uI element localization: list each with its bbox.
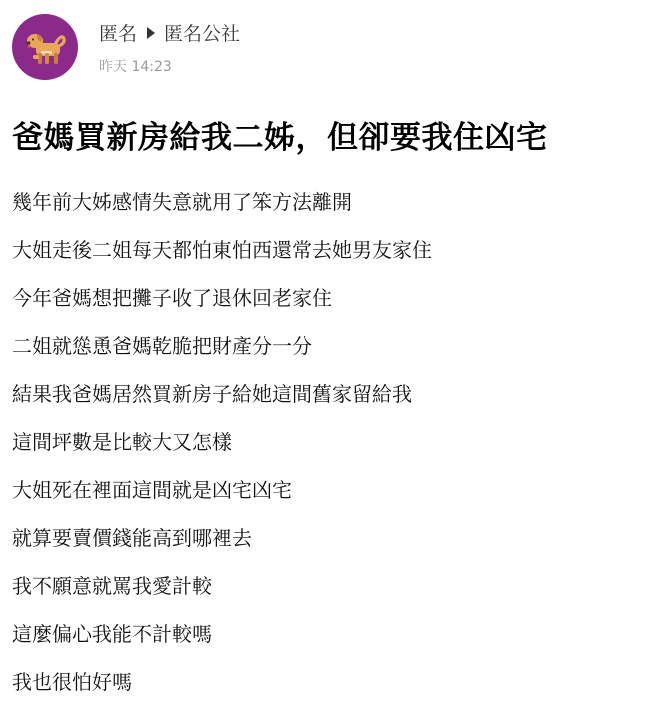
dog-icon bbox=[23, 27, 67, 67]
avatar[interactable] bbox=[12, 14, 78, 80]
body-line: 大姐走後二姐每天都怕東怕西還常去她男友家住 bbox=[12, 226, 432, 274]
body-line: 這間坪數是比較大又怎樣 bbox=[12, 418, 432, 466]
body-line: 這麼偏心我能不計較嗎 bbox=[12, 610, 432, 658]
post-body: 幾年前大姊感情失意就用了笨方法離開 大姐走後二姐每天都怕東怕西還常去她男友家住 … bbox=[12, 178, 432, 706]
post-meta: 匿名 匿名公社 昨天 14:23 bbox=[99, 19, 240, 76]
triangle-right-icon bbox=[147, 27, 155, 39]
post-header: 匿名 匿名公社 昨天 14:23 bbox=[12, 14, 240, 80]
author-name[interactable]: 匿名 bbox=[99, 19, 137, 46]
body-line: 我不願意就罵我愛計較 bbox=[12, 562, 432, 610]
body-line: 幾年前大姊感情失意就用了笨方法離開 bbox=[12, 178, 432, 226]
body-line: 結果我爸媽居然買新房子給她這間舊家留給我 bbox=[12, 370, 432, 418]
body-line: 今年爸媽想把攤子收了退休回老家住 bbox=[12, 274, 432, 322]
breadcrumb: 匿名 匿名公社 bbox=[99, 19, 240, 47]
body-line: 我也很怕好嗎 bbox=[12, 658, 432, 706]
post-title: 爸媽買新房給我二姊，但卻要我住凶宅 bbox=[12, 116, 548, 160]
post-timestamp: 昨天 14:23 bbox=[99, 56, 240, 76]
body-line: 就算要賣價錢能高到哪裡去 bbox=[12, 514, 432, 562]
body-line: 大姐死在裡面這間就是凶宅凶宅 bbox=[12, 466, 432, 514]
body-line: 二姐就慫恿爸媽乾脆把財產分一分 bbox=[12, 322, 432, 370]
board-name[interactable]: 匿名公社 bbox=[164, 19, 240, 46]
